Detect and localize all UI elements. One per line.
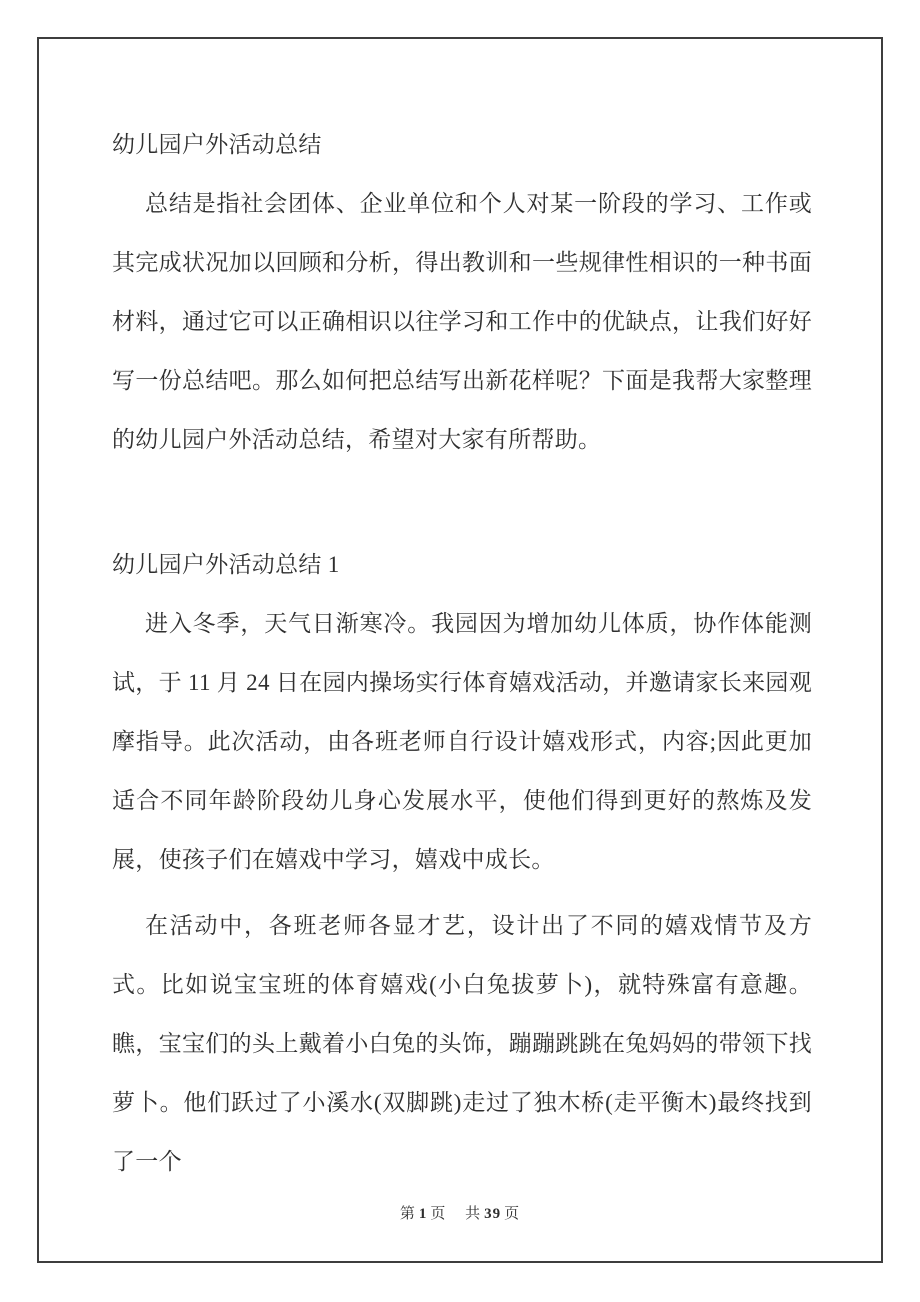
- footer-total-pages: 共39页: [465, 1203, 520, 1225]
- footer-page-unit: 页: [430, 1206, 446, 1222]
- document-page: 幼儿园户外活动总结 总结是指社会团体、企业单位和个人对某一阶段的学习、工作或其完…: [0, 0, 920, 1302]
- footer-current-page: 第1页: [400, 1203, 447, 1225]
- page-footer: 第1页 共39页: [0, 1203, 920, 1225]
- section-1-paragraph-1: 进入冬季，天气日渐寒冷。我园因为增加幼儿体质，协作体能测试，于 11 月 24 …: [112, 594, 812, 889]
- footer-page-label: 第: [400, 1206, 416, 1222]
- intro-paragraph: 总结是指社会团体、企业单位和个人对某一阶段的学习、工作或其完成状况加以回顾和分析…: [112, 174, 812, 469]
- document-content: 幼儿园户外活动总结 总结是指社会团体、企业单位和个人对某一阶段的学习、工作或其完…: [112, 115, 812, 1191]
- section-1-paragraph-2: 在活动中，各班老师各显才艺，设计出了不同的嬉戏情节及方式。比如说宝宝班的体育嬉戏…: [112, 896, 812, 1191]
- footer-total-unit: 页: [504, 1206, 520, 1222]
- document-title: 幼儿园户外活动总结: [112, 115, 812, 174]
- footer-total-number: 39: [481, 1206, 504, 1222]
- footer-page-number: 1: [416, 1206, 431, 1222]
- section-1-heading: 幼儿园户外活动总结 1: [112, 535, 812, 594]
- footer-total-label: 共: [465, 1206, 481, 1222]
